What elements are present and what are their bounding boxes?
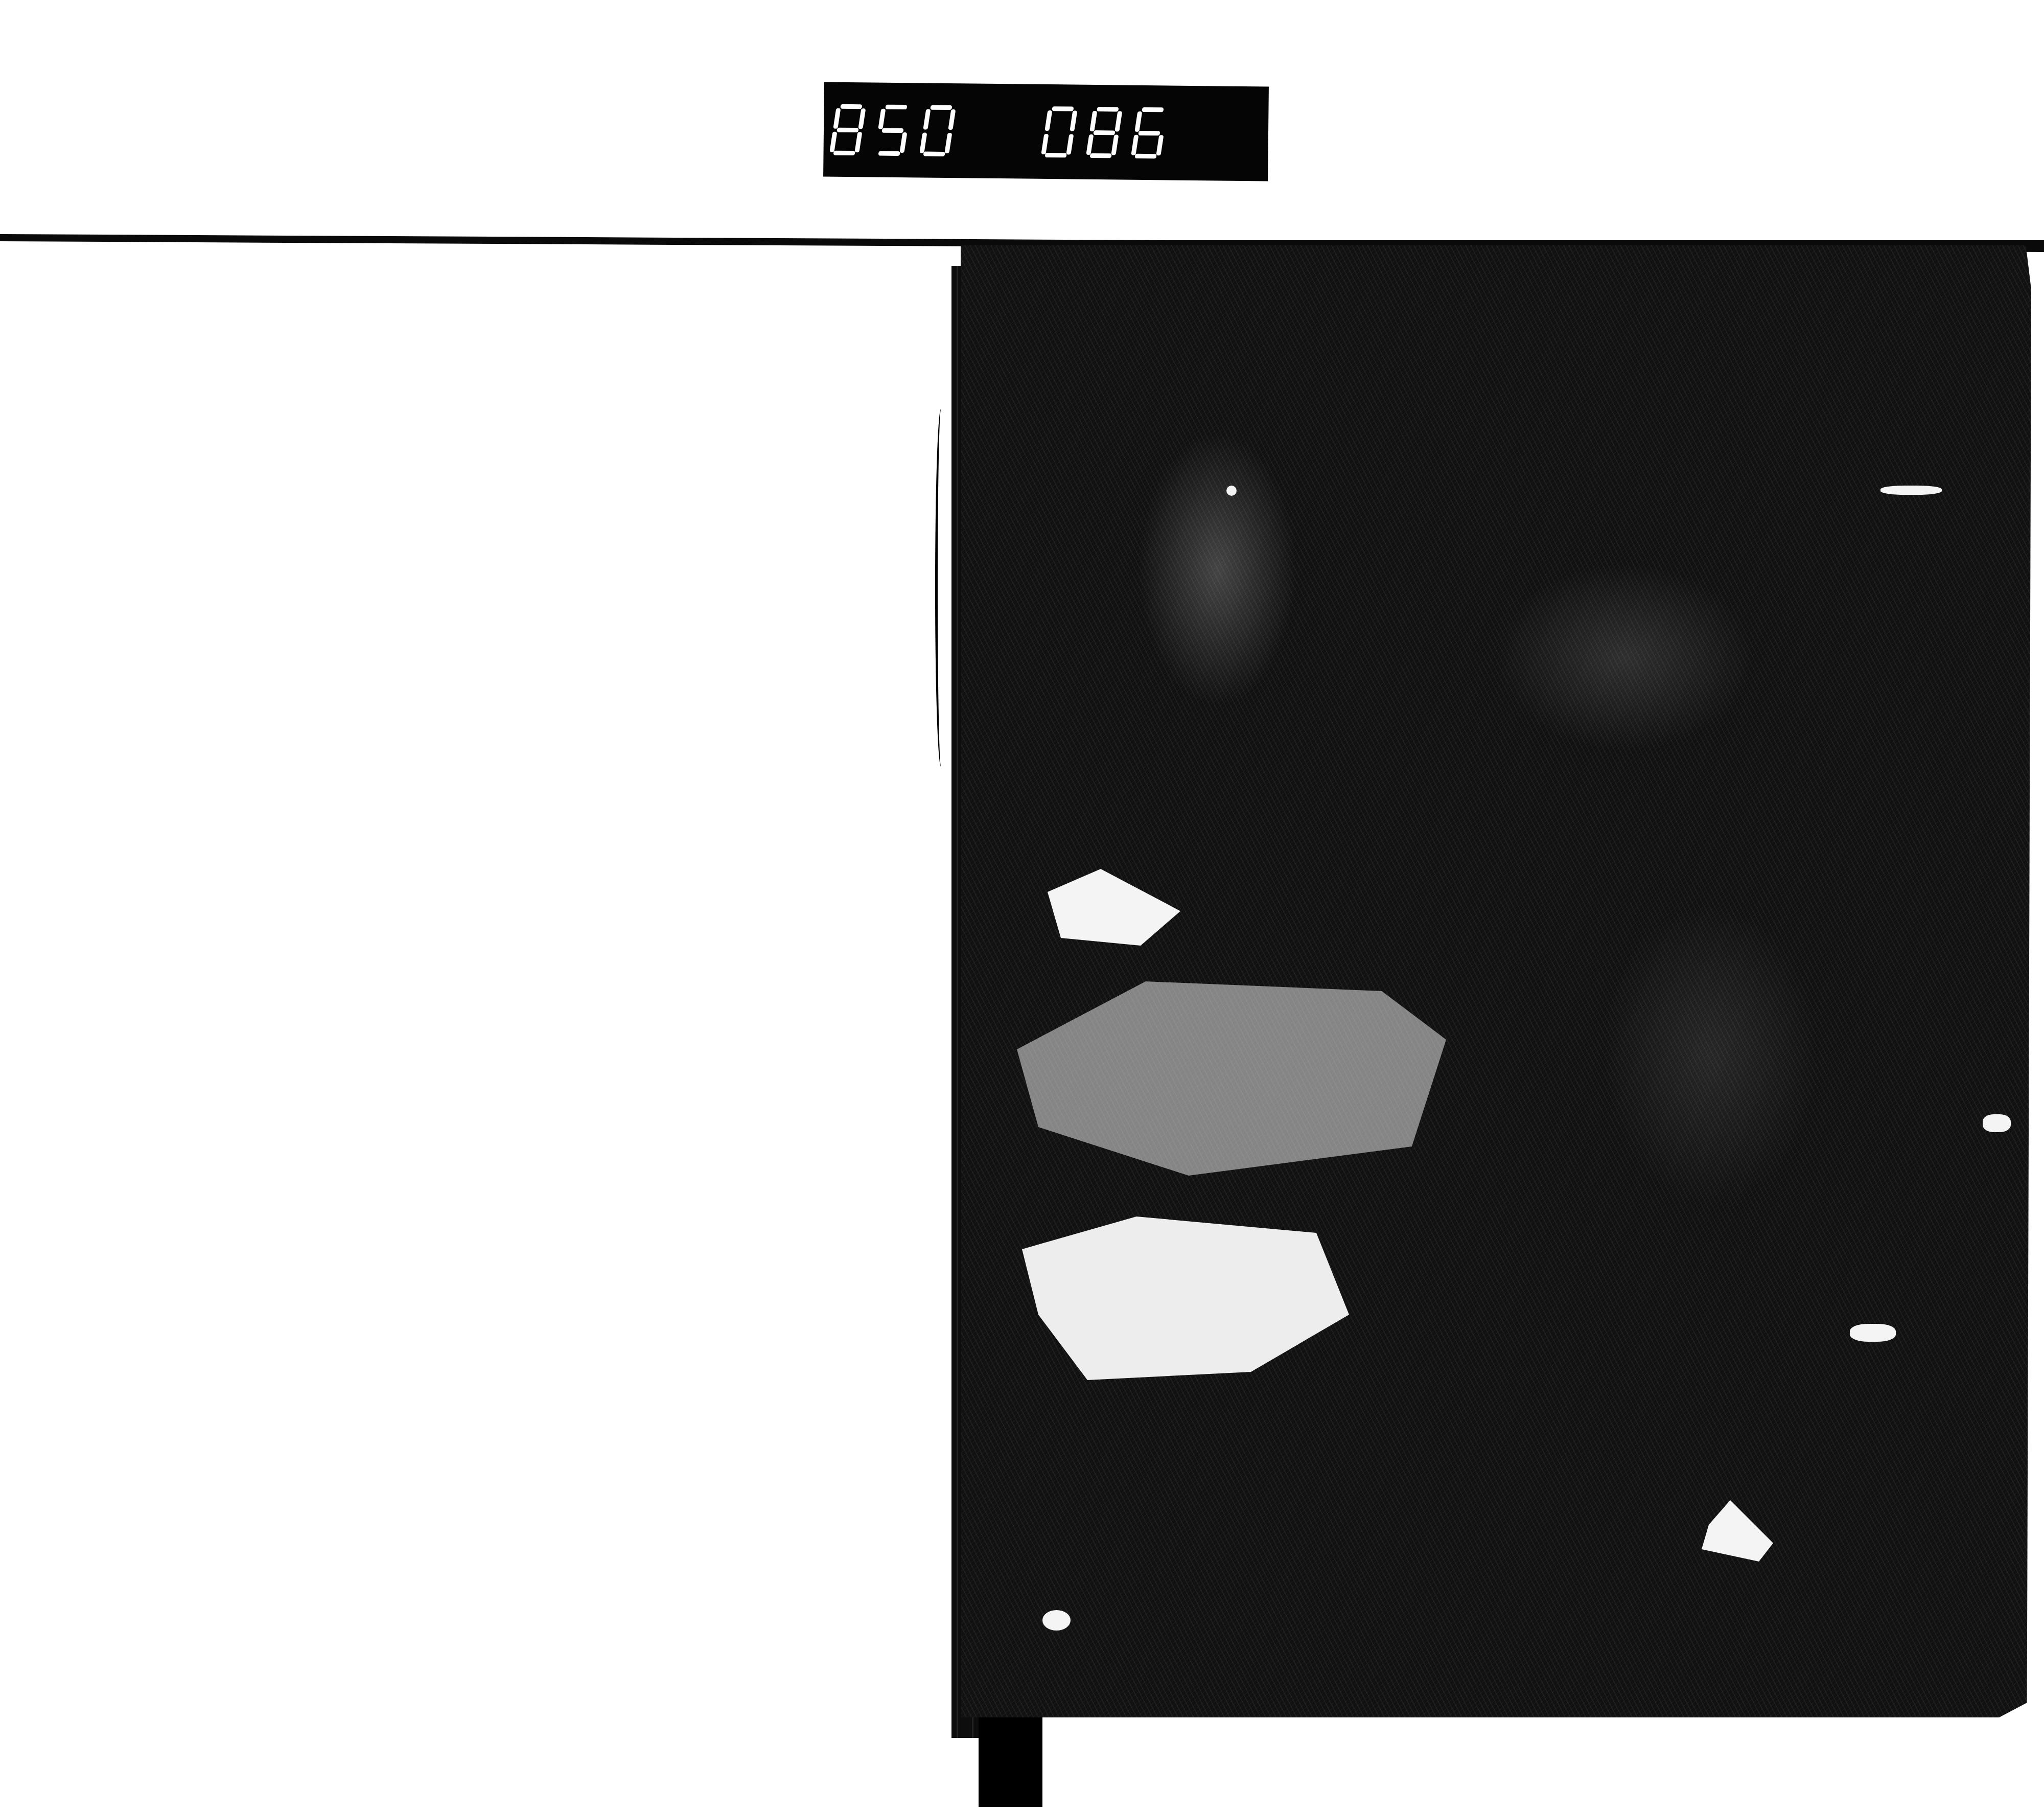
digit-0: [1040, 106, 1078, 157]
digit-8: [829, 104, 866, 155]
book-cover: [961, 245, 2031, 1717]
damage-spot: [1983, 1114, 2011, 1132]
digit-6: [1130, 107, 1168, 158]
frame-counter: [823, 82, 1269, 181]
frame-counter-group-2: [1044, 106, 1164, 158]
damage-spot: [1850, 1324, 1896, 1342]
frame-counter-decimal-point: [1156, 194, 1163, 200]
digit-0: [919, 105, 956, 156]
damage-spot: [1880, 486, 1942, 495]
binding-string: [935, 409, 947, 767]
digit-5: [874, 104, 911, 155]
digit-8: [1085, 106, 1123, 157]
frame-counter-group-1: [832, 104, 953, 156]
damage-spot: [1042, 1610, 1071, 1631]
damage-spot: [1226, 486, 1237, 496]
